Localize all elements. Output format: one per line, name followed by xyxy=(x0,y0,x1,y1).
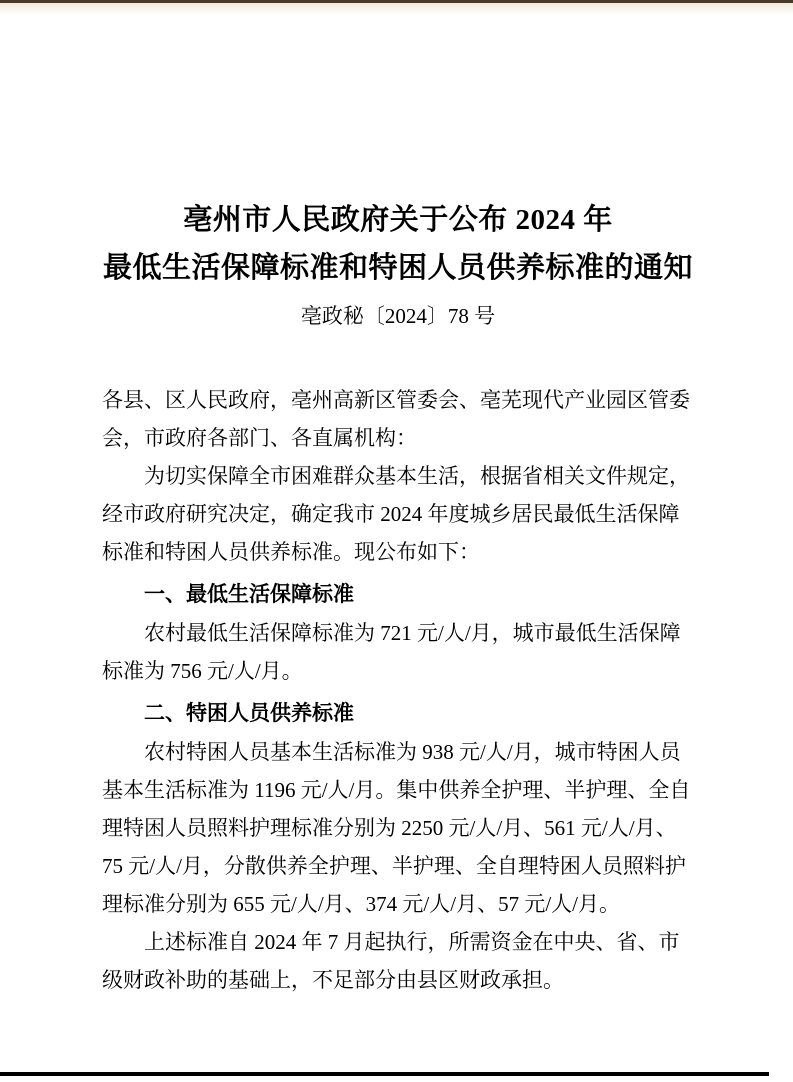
section-1-heading: 一、最低生活保障标准 xyxy=(102,576,694,614)
section-2-paragraph: 农村特困人员基本生活标准为 938 元/人/月，城市特困人员 基本生活标准为 1… xyxy=(102,733,694,923)
document-content: 亳州市人民政府关于公布 2024 年 最低生活保障标准和特困人员供养标准的通知 … xyxy=(102,0,694,999)
section-1-paragraph: 农村最低生活保障标准为 721 元/人/月，城市最低生活保障 标准为 756 元… xyxy=(102,614,694,690)
document-title-line-1: 亳州市人民政府关于公布 2024 年 xyxy=(102,196,694,244)
page-bottom-rule xyxy=(0,1072,769,1076)
intro-paragraph: 为切实保障全市困难群众基本生活，根据省相关文件规定， 经市政府研究决定，确定我市… xyxy=(102,457,694,571)
document-title: 亳州市人民政府关于公布 2024 年 最低生活保障标准和特困人员供养标准的通知 xyxy=(102,196,694,292)
salutation: 各县、区人民政府，亳州高新区管委会、亳芜现代产业园区管委 会，市政府各部门、各直… xyxy=(102,381,694,457)
document-body: 各县、区人民政府，亳州高新区管委会、亳芜现代产业园区管委 会，市政府各部门、各直… xyxy=(102,381,694,999)
document-number: 亳政秘〔2024〕78 号 xyxy=(102,301,694,331)
document-title-line-2: 最低生活保障标准和特困人员供养标准的通知 xyxy=(102,244,694,292)
document-page: 亳州市人民政府关于公布 2024 年 最低生活保障标准和特困人员供养标准的通知 … xyxy=(0,0,793,1082)
closing-paragraph: 上述标准自 2024 年 7 月起执行，所需资金在中央、省、市 级财政补助的基础… xyxy=(102,923,694,999)
section-2-heading: 二、特困人员供养标准 xyxy=(102,695,694,733)
